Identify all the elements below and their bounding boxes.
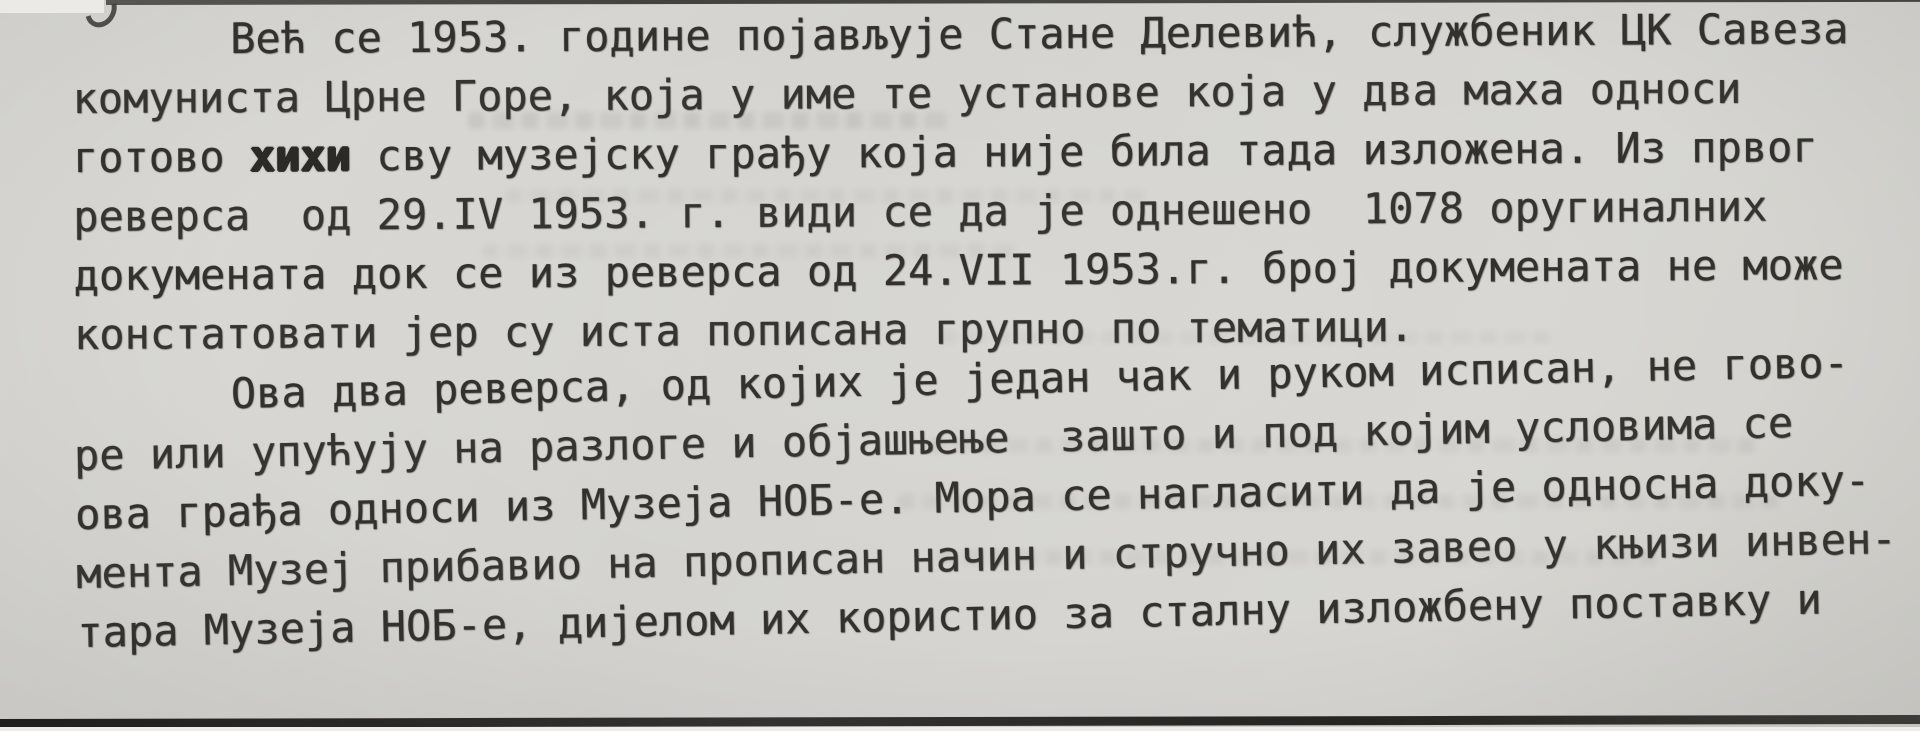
- text-run: реверса од 29.IV 1953. г. види се да је …: [73, 182, 1767, 241]
- scanned-document-page: Већ се 1953. године појављује Стане Деле…: [0, 0, 1920, 731]
- document-text: Већ се 1953. године појављује Стане Деле…: [72, 0, 1886, 662]
- text-run: комуниста Црне Горе, која у име те устан…: [72, 64, 1741, 123]
- scan-edge-light-bottom: [0, 727, 1920, 731]
- paragraph: Већ се 1953. године појављује Стане Деле…: [72, 0, 1884, 364]
- text-run: сву музејску грађу која није била тада и…: [351, 122, 1818, 180]
- paragraph: Ова два реверса, од којих је један чак и…: [72, 332, 1887, 662]
- text-run: готово: [73, 132, 250, 182]
- document-line: реверса од 29.IV 1953. г. види се да је …: [73, 176, 1883, 246]
- overstruck-word: хихи: [250, 131, 351, 181]
- document-line: комуниста Црне Горе, која у име те устан…: [72, 58, 1882, 128]
- document-line: докумената док се из реверса од 24.VII 1…: [73, 235, 1883, 305]
- text-run: Већ се 1953. године појављује Стане Деле…: [230, 4, 1849, 63]
- document-line: готово хихи сву музејску грађу која није…: [73, 117, 1883, 187]
- text-run: докумената док се из реверса од 24.VII 1…: [73, 240, 1843, 300]
